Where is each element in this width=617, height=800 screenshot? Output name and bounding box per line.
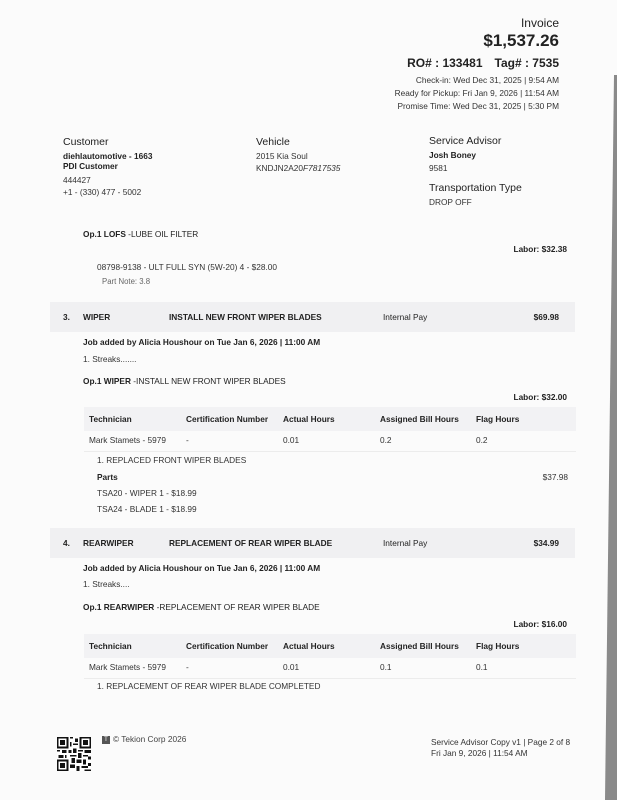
table-header: Technician Certification Number Actual H… <box>84 407 576 431</box>
op-code: Op.1 REARWIPER <box>83 602 154 612</box>
service-advisor-id: 9581 <box>429 163 447 173</box>
job-correction: 1. REPLACED FRONT WIPER BLADES <box>97 455 246 465</box>
job-amount: $69.98 <box>534 312 559 322</box>
vehicle-title: Vehicle <box>256 136 290 148</box>
job-labor: Labor: $32.00 <box>514 392 568 402</box>
service-advisor-title: Service Advisor <box>429 135 501 147</box>
service-advisor-name: Josh Boney <box>429 150 476 160</box>
job-concern: 1. Streaks.... <box>83 579 130 589</box>
op-code: Op.1 LOFS <box>83 229 126 239</box>
job-title: INSTALL NEW FRONT WIPER BLADES <box>169 312 322 322</box>
col-actual-hours: Actual Hours <box>283 641 335 651</box>
job-labor: Labor: $16.00 <box>514 619 568 629</box>
cell-technician: Mark Stamets - 5979 <box>89 435 166 445</box>
printed-timestamp: Fri Jan 9, 2026 | 11:54 AM <box>431 748 528 758</box>
job-concern: 1. Streaks....... <box>83 354 137 364</box>
job-pay-type: Internal Pay <box>383 538 427 548</box>
col-assigned-bill-hours: Assigned Bill Hours <box>380 414 459 424</box>
invoice-total: $1,537.26 <box>483 31 559 51</box>
rearwiper-operation: Op.1 REARWIPER -REPLACEMENT OF REAR WIPE… <box>83 602 320 612</box>
part-line: TSA20 - WIPER 1 - $18.99 <box>97 488 197 498</box>
cell-flag-hours: 0.1 <box>476 662 488 672</box>
transportation-title: Transportation Type <box>429 182 522 194</box>
job-number: 4. <box>63 538 70 548</box>
col-certification: Certification Number <box>186 414 268 424</box>
customer-phone: +1 - (330) 477 - 5002 <box>63 187 141 197</box>
table-header: Technician Certification Number Actual H… <box>84 634 576 658</box>
parts-total: $37.98 <box>543 472 568 482</box>
ro-tag-line: RO# : 133481Tag# : 7535 <box>407 56 559 70</box>
job-pay-type: Internal Pay <box>383 312 427 322</box>
customer-title: Customer <box>63 136 109 148</box>
cell-certification: - <box>186 435 189 445</box>
ro-number: RO# : 133481 <box>407 56 482 70</box>
op-description: -LUBE OIL FILTER <box>126 229 198 239</box>
job-added-by: Job added by Alicia Houshour on Tue Jan … <box>83 563 320 573</box>
transportation-value: DROP OFF <box>429 197 472 207</box>
table-row: Mark Stamets - 5979 - 0.01 0.1 0.1 <box>84 658 576 679</box>
col-assigned-bill-hours: Assigned Bill Hours <box>380 641 459 651</box>
document-type: Invoice <box>521 16 559 30</box>
cell-actual-hours: 0.01 <box>283 662 299 672</box>
job-amount: $34.99 <box>534 538 559 548</box>
cell-assigned-bill-hours: 0.1 <box>380 662 392 672</box>
copyright-text: © Tekion Corp 2026 <box>113 734 186 744</box>
qr-code-icon <box>57 737 91 771</box>
vehicle-vin: KNDJN2A20F7817535 <box>256 163 340 173</box>
promise-time: Promise Time: Wed Dec 31, 2025 | 5:30 PM <box>397 101 559 111</box>
customer-type: PDI Customer <box>63 161 118 171</box>
table-row: Mark Stamets - 5979 - 0.01 0.2 0.2 <box>84 431 576 452</box>
copy-page-info: Service Advisor Copy v1 | Page 2 of 8 <box>431 737 570 747</box>
check-in-time: Check-in: Wed Dec 31, 2025 | 9:54 AM <box>416 75 559 85</box>
wiper-operation: Op.1 WIPER -INSTALL NEW FRONT WIPER BLAD… <box>83 376 286 386</box>
job-title: REPLACEMENT OF REAR WIPER BLADE <box>169 538 332 548</box>
job-header-rearwiper: 4. REARWIPER REPLACEMENT OF REAR WIPER B… <box>50 528 575 558</box>
technician-table: Technician Certification Number Actual H… <box>84 407 576 452</box>
parts-label: Parts <box>97 472 118 482</box>
cell-technician: Mark Stamets - 5979 <box>89 662 166 672</box>
op-code: Op.1 WIPER <box>83 376 131 386</box>
col-flag-hours: Flag Hours <box>476 641 519 651</box>
job-correction: 1. REPLACEMENT OF REAR WIPER BLADE COMPL… <box>97 681 320 691</box>
lofs-part: 08798-9138 - ULT FULL SYN (5W-20) 4 - $2… <box>97 262 277 272</box>
col-technician: Technician <box>89 414 132 424</box>
lofs-labor: Labor: $32.38 <box>514 244 568 254</box>
op-description: -REPLACEMENT OF REAR WIPER BLADE <box>154 602 319 612</box>
customer-id: 444427 <box>63 175 91 185</box>
cell-actual-hours: 0.01 <box>283 435 299 445</box>
job-code: REARWIPER <box>83 538 134 548</box>
ready-for-pickup-time: Ready for Pickup: Fri Jan 9, 2026 | 11:5… <box>395 88 559 98</box>
cell-assigned-bill-hours: 0.2 <box>380 435 392 445</box>
op-description: -INSTALL NEW FRONT WIPER BLADES <box>131 376 286 386</box>
cell-certification: - <box>186 662 189 672</box>
job-header-wiper: 3. WIPER INSTALL NEW FRONT WIPER BLADES … <box>50 302 575 332</box>
cell-flag-hours: 0.2 <box>476 435 488 445</box>
col-flag-hours: Flag Hours <box>476 414 519 424</box>
customer-name: diehlautomotive - 1663 <box>63 151 152 161</box>
tekion-logo-icon: T <box>102 736 110 744</box>
job-number: 3. <box>63 312 70 322</box>
col-certification: Certification Number <box>186 641 268 651</box>
vehicle-model: 2015 Kia Soul <box>256 151 308 161</box>
part-line: TSA24 - BLADE 1 - $18.99 <box>97 504 197 514</box>
vin-suffix: F7817535 <box>303 163 340 173</box>
job-code: WIPER <box>83 312 110 322</box>
copyright: T© Tekion Corp 2026 <box>102 734 186 744</box>
technician-table: Technician Certification Number Actual H… <box>84 634 576 679</box>
lofs-operation: Op.1 LOFS -LUBE OIL FILTER <box>83 229 198 239</box>
col-technician: Technician <box>89 641 132 651</box>
tag-number: Tag# : 7535 <box>495 56 559 70</box>
lofs-part-note: Part Note: 3.8 <box>102 277 150 286</box>
col-actual-hours: Actual Hours <box>283 414 335 424</box>
job-added-by: Job added by Alicia Houshour on Tue Jan … <box>83 337 320 347</box>
vin-prefix: KNDJN2A20 <box>256 163 303 173</box>
